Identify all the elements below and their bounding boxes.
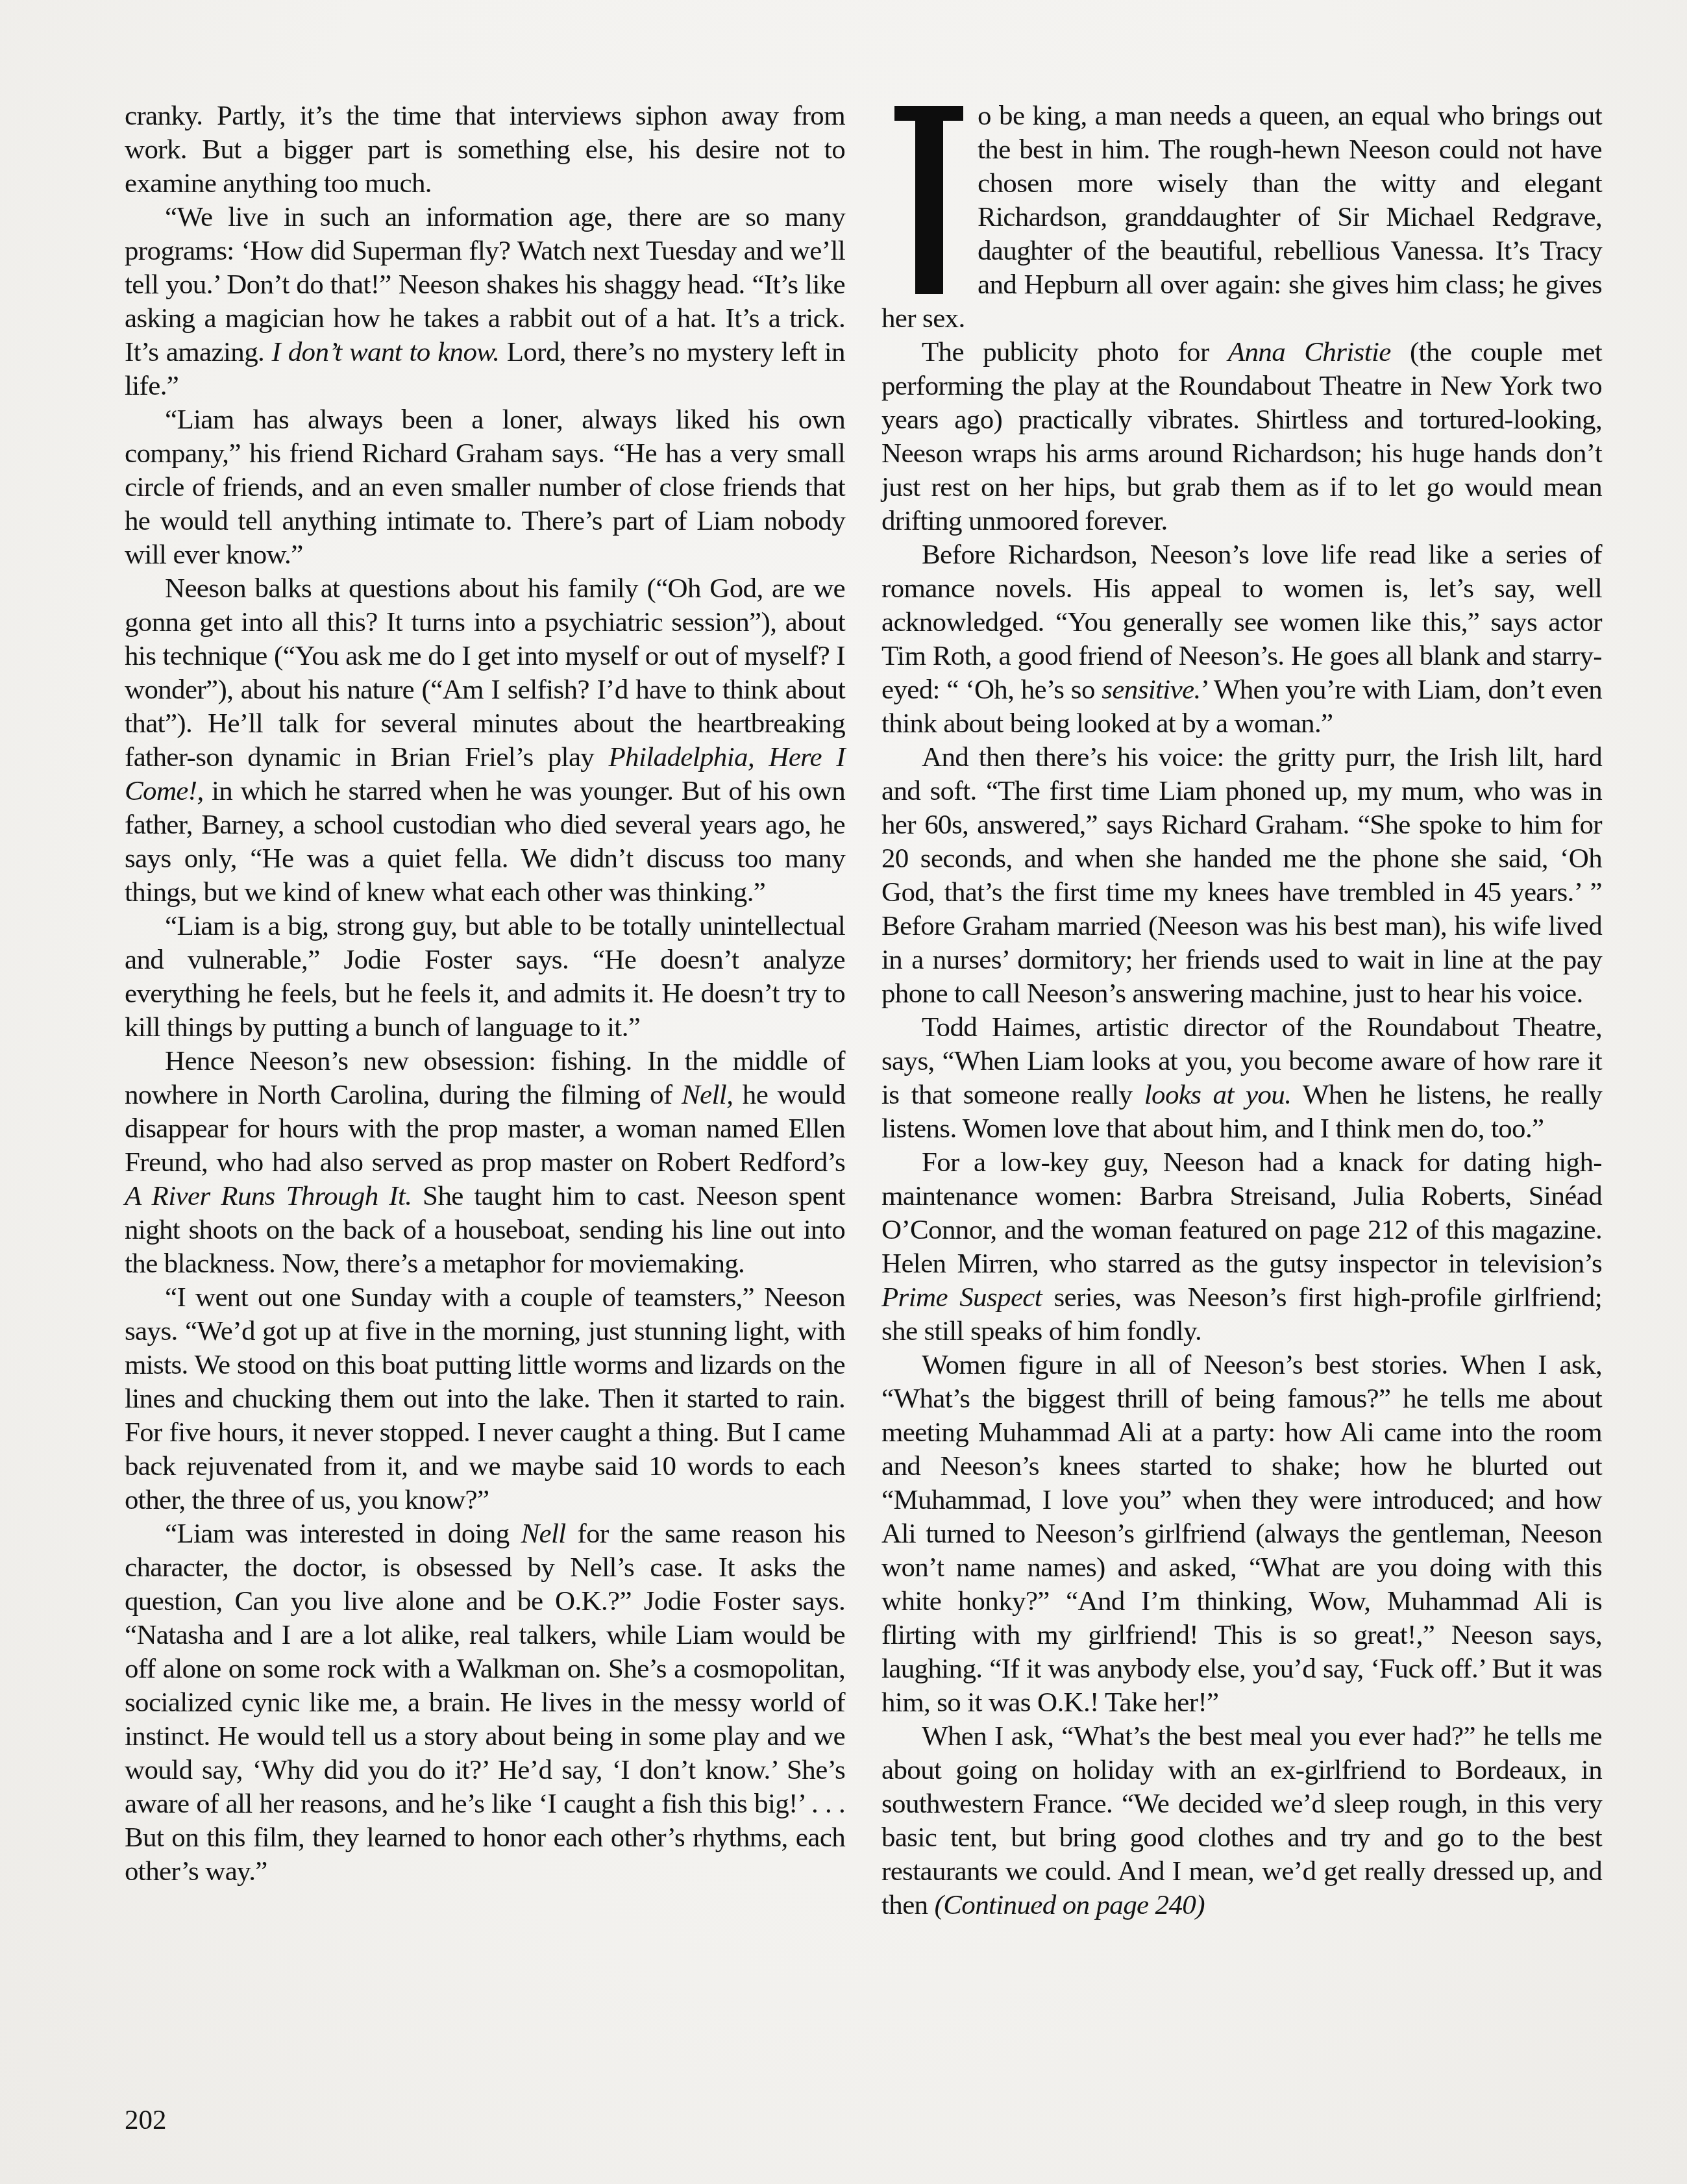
- paragraph: And then there’s his voice: the gritty p…: [881, 741, 1602, 1011]
- text-run: in which he starred when he was younger.…: [125, 776, 845, 908]
- paragraph: “Liam was interested in doing Nell for t…: [125, 1517, 845, 1889]
- paragraph: Hence Neeson’s new obsession: fishing. I…: [125, 1045, 845, 1281]
- text-run: “Liam has always been a loner, always li…: [125, 404, 845, 570]
- page-number: 202: [125, 2103, 167, 2137]
- left-column: cranky. Partly, it’s the time that inter…: [125, 99, 845, 1889]
- paragraph: Neeson balks at questions about his fami…: [125, 572, 845, 910]
- paragraph: For a low-key guy, Neeson had a knack fo…: [881, 1146, 1602, 1348]
- paragraph: Before Richardson, Neeson’s love life re…: [881, 538, 1602, 741]
- drop-cap-stem: [915, 106, 943, 294]
- paragraph: “I went out one Sunday with a couple of …: [125, 1281, 845, 1517]
- paragraph: Todd Haimes, artistic director of the Ro…: [881, 1011, 1602, 1146]
- italic-text-run: I don’t want to know.: [272, 337, 500, 367]
- italic-text-run: sensitive.: [1102, 675, 1200, 705]
- text-run: “Liam is a big, strong guy, but able to …: [125, 911, 845, 1043]
- text-run: for the same reason his character, the d…: [125, 1519, 845, 1887]
- text-run: The publicity photo for: [922, 337, 1228, 367]
- text-run: And then there’s his voice: the gritty p…: [881, 742, 1602, 1009]
- italic-text-run: looks at you.: [1144, 1080, 1292, 1110]
- italic-text-run: Anna Christie: [1228, 337, 1391, 367]
- text-run: Women figure in all of Neeson’s best sto…: [881, 1350, 1602, 1718]
- paragraph: cranky. Partly, it’s the time that inter…: [125, 99, 845, 201]
- text-run: “Liam was interested in doing: [165, 1519, 521, 1549]
- text-run: “I went out one Sunday with a couple of …: [125, 1282, 845, 1515]
- italic-text-run: Nell,: [682, 1080, 733, 1110]
- paragraph: “Liam is a big, strong guy, but able to …: [125, 910, 845, 1045]
- paragraph: “We live in such an information age, the…: [125, 201, 845, 403]
- paragraph: “Liam has always been a loner, always li…: [125, 403, 845, 572]
- italic-text-run: Prime Suspect: [881, 1282, 1042, 1313]
- paragraph: Women figure in all of Neeson’s best sto…: [881, 1348, 1602, 1720]
- magazine-page: cranky. Partly, it’s the time that inter…: [0, 0, 1687, 2184]
- italic-text-run: A River Runs Through It.: [125, 1181, 412, 1211]
- text-run: For a low-key guy, Neeson had a knack fo…: [881, 1147, 1602, 1279]
- italic-text-run: Nell: [521, 1519, 565, 1549]
- right-column: To be king, a man needs a queen, an equa…: [881, 99, 1602, 1922]
- text-run: cranky. Partly, it’s the time that inter…: [125, 101, 845, 199]
- text-run: o be king, a man needs a queen, an equal…: [881, 101, 1602, 334]
- italic-text-run: (Continued on page 240): [935, 1890, 1205, 1920]
- paragraph: When I ask, “What’s the best meal you ev…: [881, 1720, 1602, 1922]
- drop-cap-letter: T: [881, 99, 978, 294]
- paragraph: To be king, a man needs a queen, an equa…: [881, 99, 1602, 336]
- paragraph: The publicity photo for Anna Christie (t…: [881, 336, 1602, 538]
